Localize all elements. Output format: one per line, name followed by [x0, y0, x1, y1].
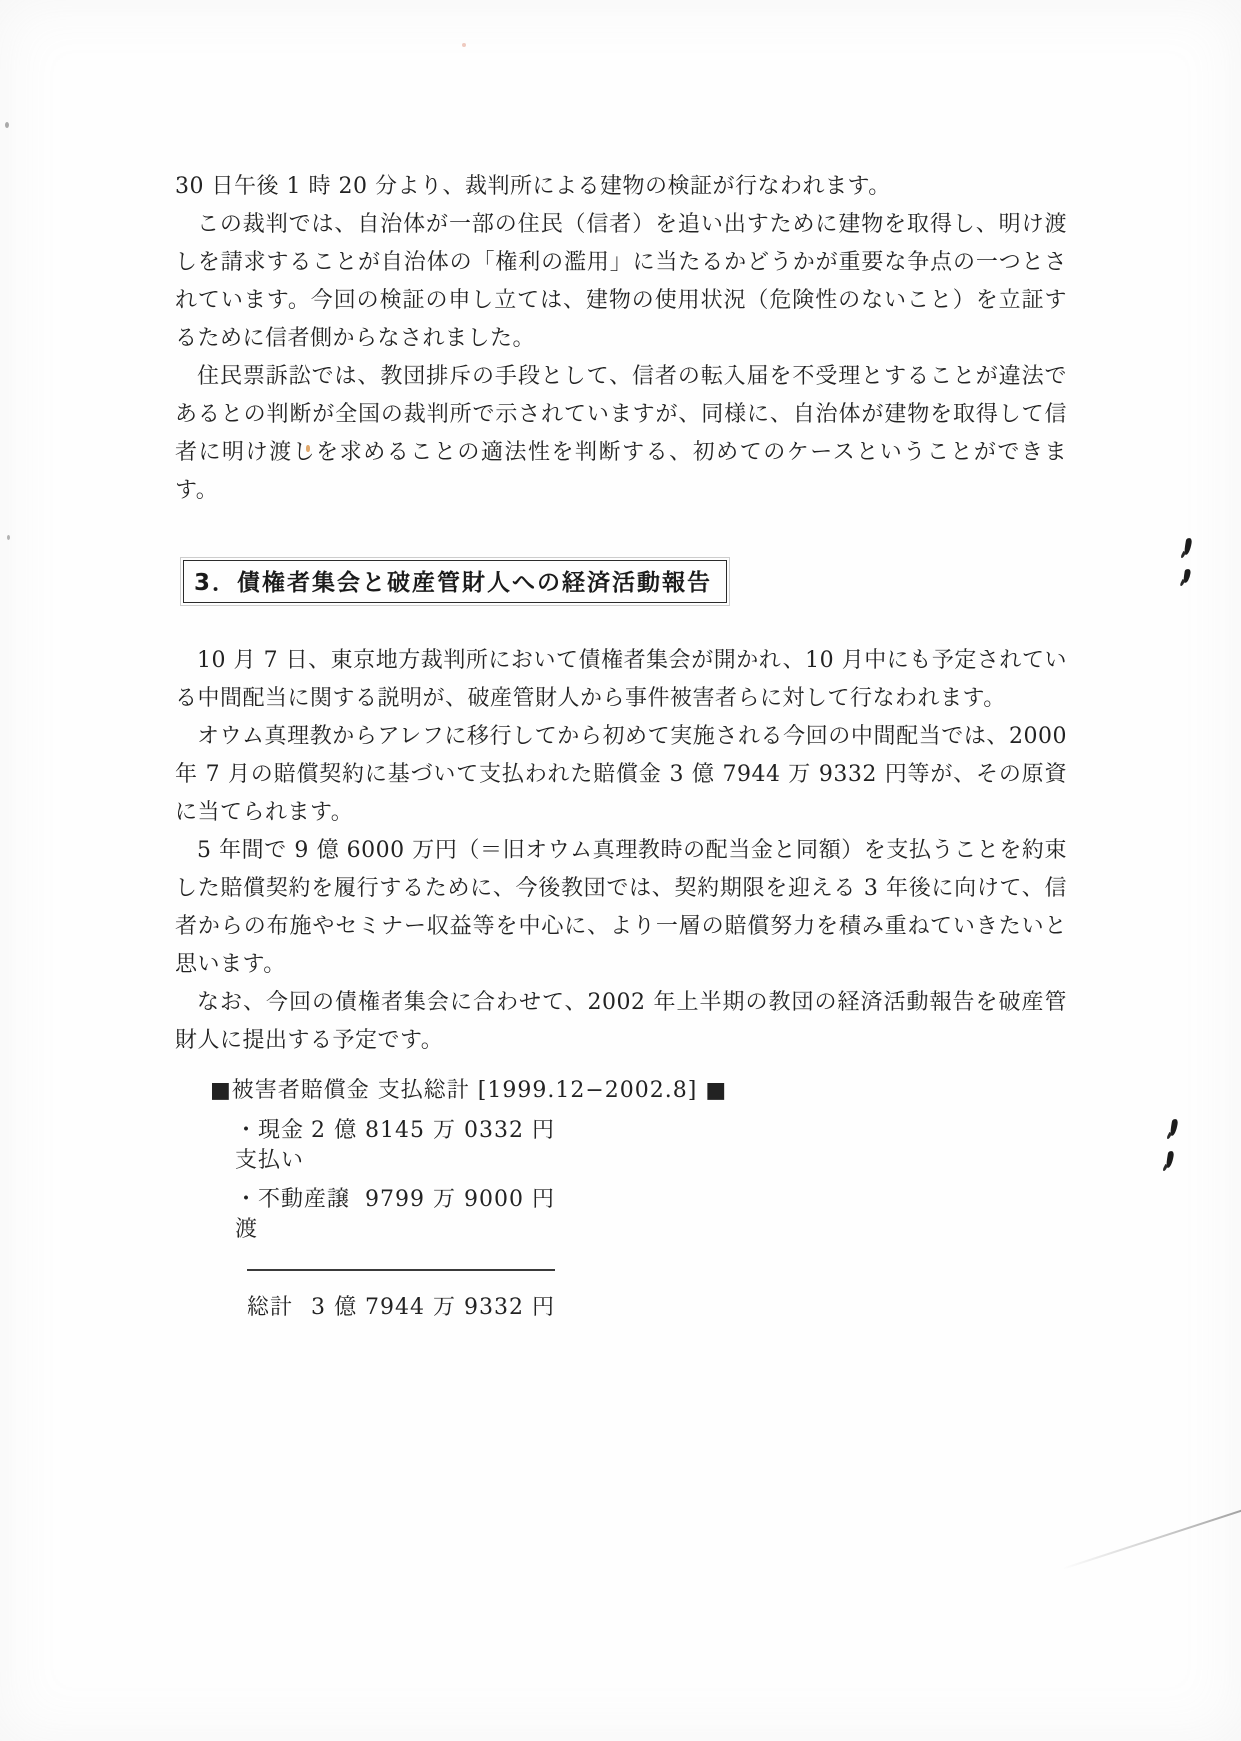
summary-row-cash-payment: ・現金支払い 2 億 8145 万 0332 円	[235, 1116, 555, 1176]
body-paragraph: オウム真理教からアレフに移行してから初めて実施される今回の中間配当では、2000…	[175, 718, 1067, 832]
body-paragraph: 5 年間で 9 億 6000 万円（＝旧オウム真理教時の配当金と同額）を支払うこ…	[175, 832, 1067, 984]
scan-speck	[306, 445, 310, 452]
summary-total-amount: 3 億 7944 万 9332 円	[311, 1293, 555, 1323]
lawsuit-section: 30 日午後 1 時 20 分より、裁判所による建物の検証が行なわれます。 この…	[175, 168, 1067, 510]
summary-row-label: ・不動産譲渡	[235, 1185, 365, 1245]
summary-row-real-estate: ・不動産譲渡 9799 万 9000 円	[235, 1185, 555, 1245]
body-paragraph: 10 月 7 日、東京地方裁判所において債権者集会が開かれ、10 月中にも予定さ…	[175, 642, 1067, 718]
scanned-document-page: 30 日午後 1 時 20 分より、裁判所による建物の検証が行なわれます。 この…	[0, 0, 1241, 1741]
summary-row-amount: 9799 万 9000 円	[365, 1185, 555, 1215]
summary-title: ■被害者賠償金 支払総計 [1999.12−2002.8] ■	[210, 1076, 610, 1106]
body-paragraph: 30 日午後 1 時 20 分より、裁判所による建物の検証が行なわれます。	[175, 168, 1067, 206]
section-heading: 3．債権者集会と破産管財人への経済活動報告	[194, 570, 712, 596]
compensation-summary: ■被害者賠償金 支払総計 [1999.12−2002.8] ■ ・現金支払い 2…	[210, 1076, 610, 1323]
summary-total-label: 総計	[247, 1293, 293, 1323]
section-heading-box: 3．債権者集会と破産管財人への経済活動報告	[183, 560, 727, 603]
paper-crease	[1062, 1508, 1241, 1570]
body-paragraph: なお、今回の債権者集会に合わせて、2002 年上半期の教団の経済活動報告を破産管…	[175, 984, 1067, 1060]
summary-total-divider	[247, 1269, 555, 1271]
summary-row-label: ・現金支払い	[235, 1116, 311, 1176]
creditors-meeting-section: 10 月 7 日、東京地方裁判所において債権者集会が開かれ、10 月中にも予定さ…	[175, 642, 1067, 1060]
scan-speck	[5, 122, 9, 128]
summary-row-amount: 2 億 8145 万 0332 円	[311, 1116, 555, 1146]
scan-speck	[7, 535, 10, 540]
ink-mark	[1166, 1151, 1175, 1169]
summary-row-total: 総計 3 億 7944 万 9332 円	[235, 1293, 555, 1323]
ink-mark	[1170, 1119, 1179, 1137]
summary-rows: ・現金支払い 2 億 8145 万 0332 円 ・不動産譲渡 9799 万 9…	[210, 1116, 555, 1323]
body-paragraph: この裁判では、自治体が一部の住民（信者）を追い出すために建物を取得し、明け渡しを…	[175, 206, 1067, 358]
body-paragraph: 住民票訴訟では、教団排斥の手段として、信者の転入届を不受理とすることが違法である…	[175, 358, 1067, 510]
ink-mark	[1184, 538, 1193, 556]
scan-speck	[462, 43, 466, 47]
ink-mark	[1183, 569, 1191, 584]
